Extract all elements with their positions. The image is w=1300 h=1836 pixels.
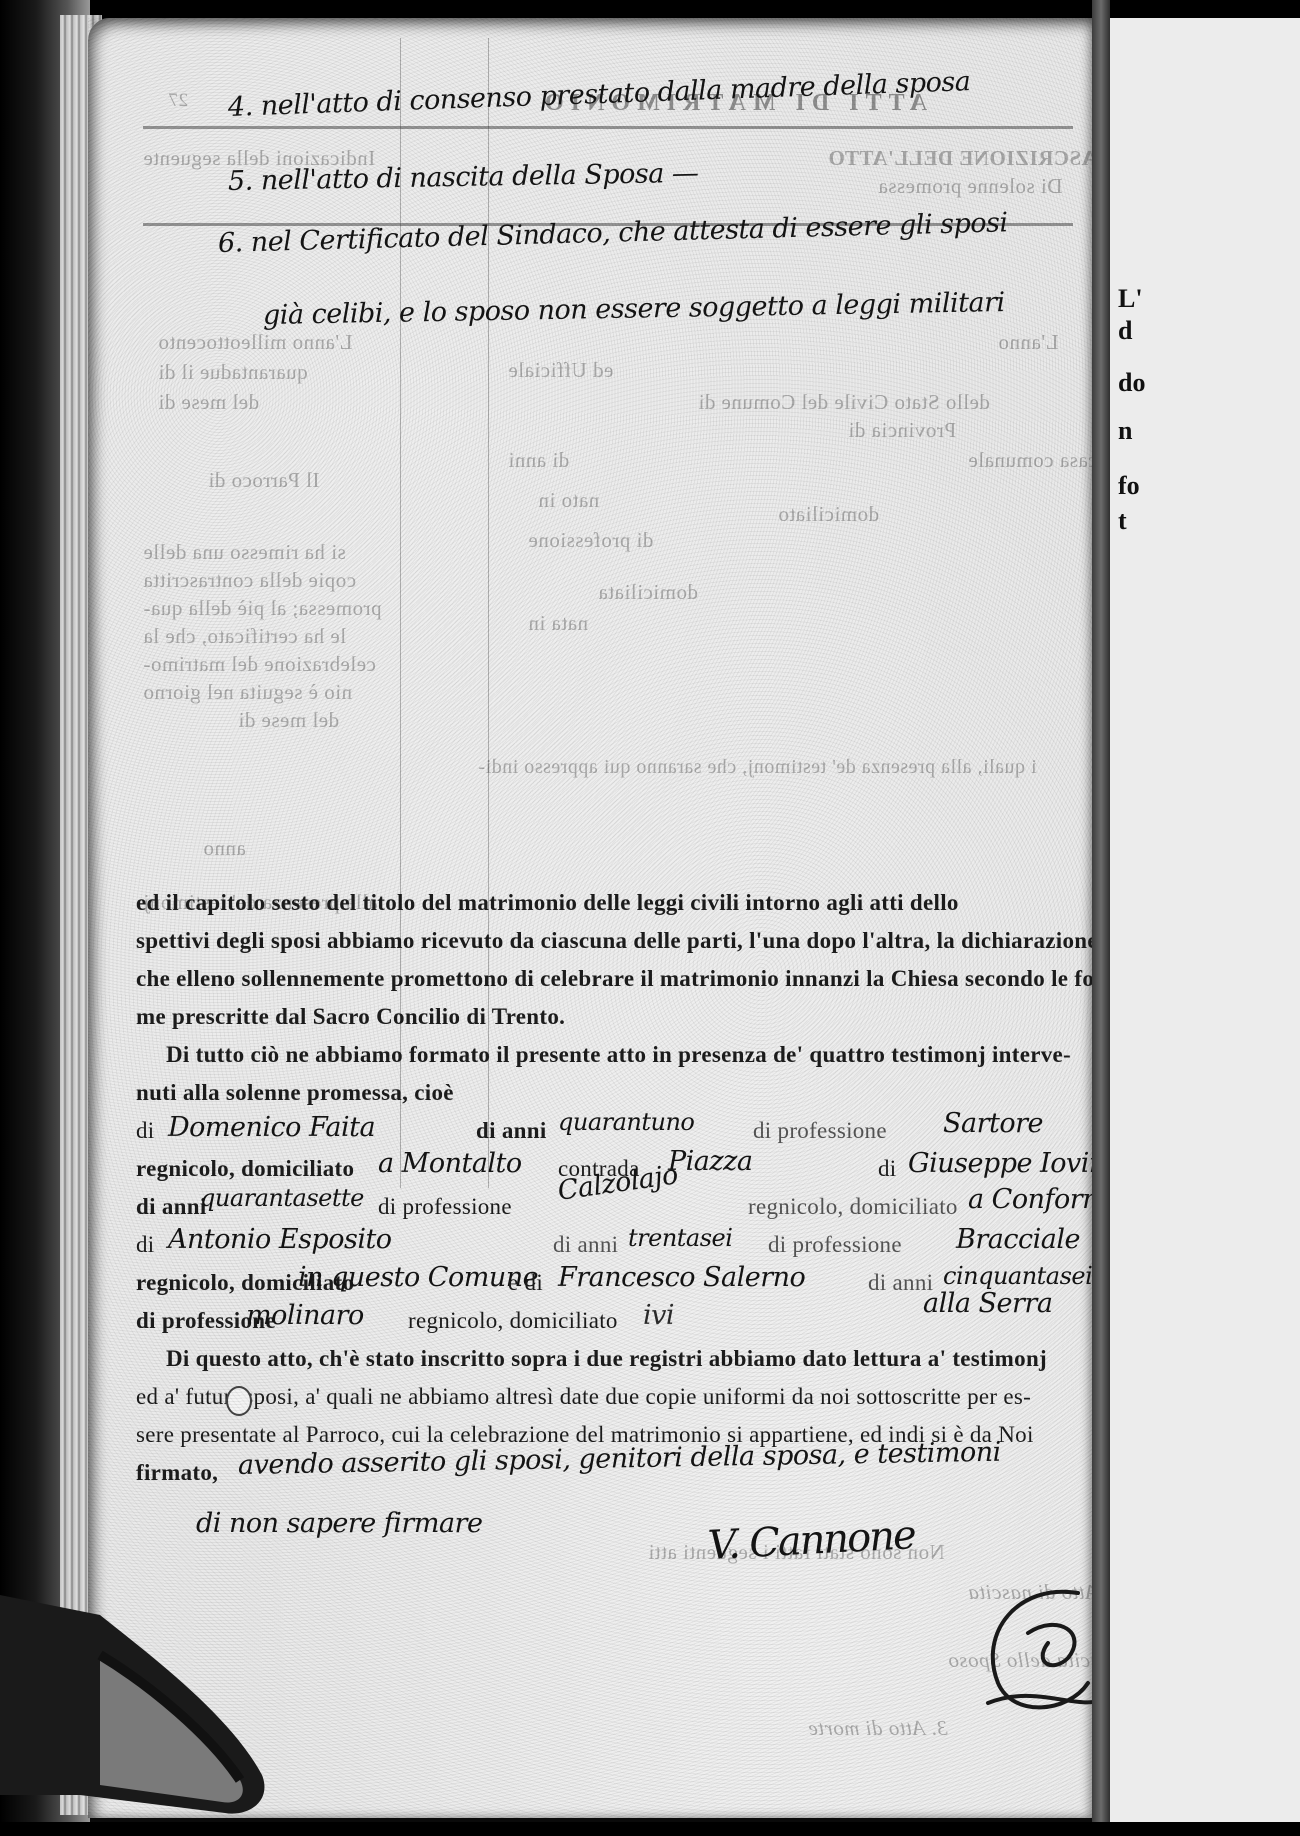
witness-1-nationality: regnicolo, domiciliato <box>136 1156 354 1182</box>
register-page: ATTI DI MATRIMONIO 27 Indicazioni della … <box>88 18 1093 1818</box>
witness-3-prefix: di <box>136 1232 155 1258</box>
witness-4-name: Francesco Salerno <box>558 1262 805 1293</box>
bleed-right-line: nata in <box>528 611 588 636</box>
bleed-bottom-line: 3. Atto di morte <box>808 1716 947 1741</box>
bleed-left-line: L'anno milleottocento <box>158 330 353 355</box>
body-paragraph-3-line-1: Di questo atto, ch'è stato inscritto sop… <box>166 1346 1047 1372</box>
scanned-page-image: ATTI DI MATRIMONIO 27 Indicazioni della … <box>0 0 1300 1836</box>
bleed-left-line: del mese di <box>158 390 259 415</box>
bleed-left-line: si ha rimesso una delle <box>143 540 346 565</box>
bleed-right-line: di anni <box>508 448 569 473</box>
facing-text: fo <box>1118 473 1140 499</box>
binding-hole <box>226 1386 252 1416</box>
bleed-right-line: domiciliata <box>598 580 698 605</box>
scan-bottom-border <box>0 1822 1300 1836</box>
bleed-right-line: TRASCRIZIONE DELL'ATTO <box>828 146 1127 171</box>
witness-2-prefix: di <box>878 1156 897 1182</box>
bleed-page-number: 27 <box>168 90 188 112</box>
witness-4-domicile: ivi <box>643 1300 674 1331</box>
body-paragraph-1-line-4: me prescritte dal Sacro Concilio di Tren… <box>136 1004 565 1030</box>
body-paragraph-1-line-1: ed il capitolo sesto del titolo del matr… <box>136 890 959 916</box>
body-paragraph-1-line-2: spettivi degli sposi abbiamo ricevuto da… <box>136 928 1098 954</box>
witness-1-domicile: a Montalto <box>378 1148 522 1179</box>
annotation-line-6: 6. nel Certificato del Sindaco, che atte… <box>218 207 1008 259</box>
bleed-right-line: ed Ufficiale <box>508 358 613 383</box>
witness-4-nationality: regnicolo, domiciliato <box>408 1308 618 1334</box>
witness-3-profession-label: di professione <box>768 1232 902 1258</box>
witness-2-age: quarantasette <box>200 1184 364 1212</box>
body-paragraph-1-line-3: che elleno sollennemente promettono di c… <box>136 966 1112 992</box>
body-paragraph-2-line-2: nuti alla solenne promessa, cioè <box>136 1080 454 1106</box>
witness-4-profession: molinaro <box>246 1300 364 1331</box>
witness-1-name: Domenico Faita <box>168 1112 375 1143</box>
bleed-left-line: celebrazione del matrimo- <box>143 652 376 677</box>
facing-text: L' <box>1118 286 1143 312</box>
witness-3-age: trentasei <box>628 1224 732 1252</box>
witness-1-street: Piazza <box>668 1146 752 1177</box>
witness-1-profession-label: di professione <box>753 1118 887 1144</box>
facing-text: n <box>1118 418 1132 444</box>
witness-3-name: Antonio Esposito <box>168 1224 392 1255</box>
witness-4-age: cinquantasei <box>943 1262 1092 1290</box>
bleed-left-line: nio è seguita nel giorno <box>143 680 352 705</box>
facing-page: L' d do n fo t <box>1110 18 1300 1836</box>
witness-1-age: quarantuno <box>558 1108 694 1136</box>
witness-1-prefix: di <box>136 1118 155 1144</box>
bleed-right-line: nato in <box>538 488 599 513</box>
facing-text: t <box>1118 508 1127 534</box>
body-paragraph-3-line-4: firmato, <box>136 1460 218 1486</box>
witness-1-profession: Sartore <box>943 1108 1043 1139</box>
facing-text: d <box>1118 318 1132 344</box>
bleed-left-line: anno <box>203 836 246 861</box>
body-paragraph-2-line-1: Di tutto ciò ne abbiamo formato il prese… <box>166 1042 1071 1068</box>
annotation-line-6-continued: già celibi, e lo sposo non essere sogget… <box>263 287 1005 331</box>
scanner-thumb-icon <box>0 1595 270 1835</box>
bleed-left-line: copie della contrascritta <box>143 568 356 593</box>
witness-2-age-label: di anni <box>136 1194 207 1220</box>
bleed-right-line: i quali, alla presenza de' testimonj, ch… <box>478 756 1037 779</box>
witness-3-profession: Bracciale <box>956 1224 1080 1255</box>
facing-text: do <box>1118 370 1145 396</box>
bleed-left-line: promessa; al piè della qua- <box>143 596 382 621</box>
witness-2-nationality: regnicolo, domiciliato <box>748 1194 958 1220</box>
bleed-right-line: dello Stato Civile del Comune di <box>698 390 990 415</box>
bleed-left-line: le ha certificato, che la <box>143 624 346 649</box>
body-paragraph-3-line-2: ed a' futuri sposi, a' quali ne abbiamo … <box>136 1384 1031 1410</box>
closing-note-line-2: di non sapere firmare <box>196 1508 482 1539</box>
witness-3-domicile: in questo Comune <box>298 1262 538 1293</box>
bleed-left-line: Il Parroco di <box>208 468 319 493</box>
book-spine <box>1092 0 1110 1836</box>
witness-1-age-label: di anni <box>476 1118 547 1144</box>
bleed-left-line: del mese di <box>238 708 339 733</box>
bleed-right-line: Provincia di <box>848 418 956 443</box>
witness-2-name: Giuseppe Iovini <box>908 1148 1114 1179</box>
witness-4-prefix: e di <box>508 1270 543 1296</box>
witness-3-age-label: di anni <box>553 1232 618 1258</box>
witness-4-street: alla Serra <box>923 1288 1052 1319</box>
bleed-rule-top <box>143 126 1073 129</box>
bleed-right-line: domiciliato <box>778 502 879 527</box>
bleed-left-line: quarantadue il di <box>158 360 308 385</box>
bleed-right-line: di professione <box>528 528 653 553</box>
bleed-right-line: Di solenne promessa <box>878 174 1062 199</box>
witness-2-profession-label: di professione <box>378 1194 512 1220</box>
bleed-right-line: L'anno <box>998 330 1058 355</box>
